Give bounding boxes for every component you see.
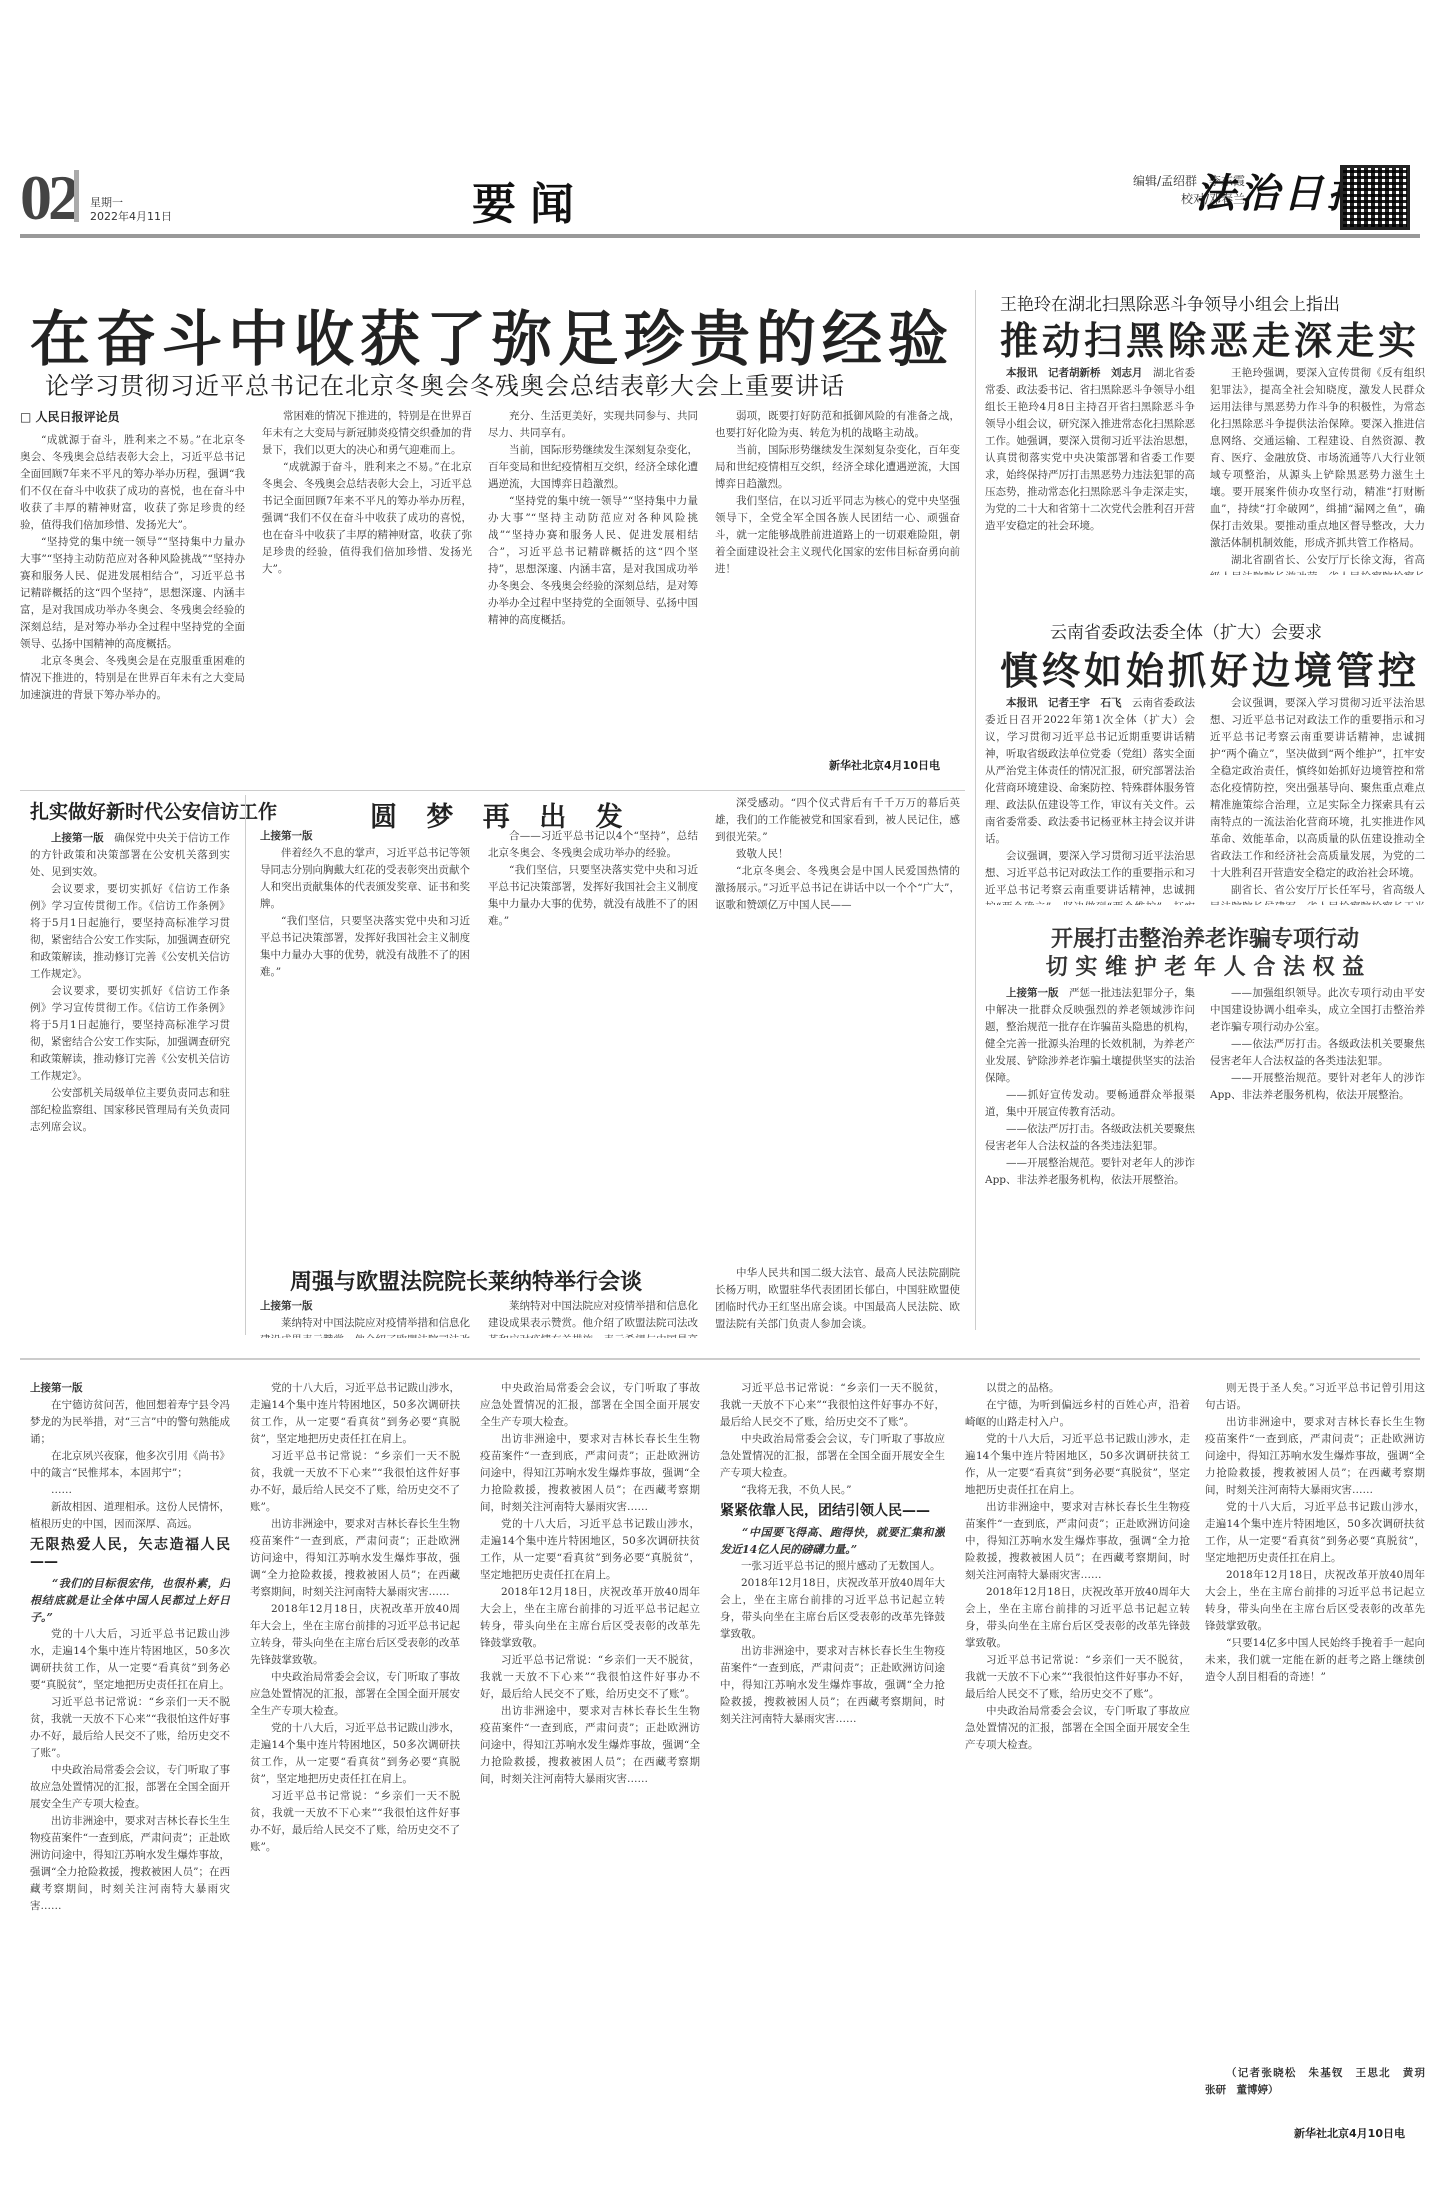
yunnan-col-1: 本报讯 记者王宇 石飞 云南省委政法委近日召开2022年第1次全体（扩大）会议，… xyxy=(985,695,1195,905)
lower-dateline: 新华社北京4月10日电 xyxy=(1205,2125,1425,2141)
lead-dateline: 新华社北京4月10日电 xyxy=(715,757,960,773)
yanglao-col-1: 上接第一版 严惩一批违法犯罪分子，集中解决一批群众反映强烈的养老领域涉诈问题，整… xyxy=(985,985,1195,1330)
zhouqiang-col-1: 上接第一版 莱纳特对中国法院应对疫情举措和信息化建设成果表示赞赏。他介绍了欧盟法… xyxy=(260,1298,470,1338)
zhouqiang-col-2: 莱纳特对中国法院应对疫情举措和信息化建设成果表示赞赏。他介绍了欧盟法院司法改革和… xyxy=(488,1298,698,1338)
yunnan-col-2: 会议强调，要深入学习贯彻习近平法治思想、习近平总书记对政法工作的重要指示和习近平… xyxy=(1210,695,1425,905)
section-rule xyxy=(20,1358,1420,1360)
yunnan-headline: 慎终如始抓好边境管控 xyxy=(1000,640,1420,695)
lead-byline: □ 人民日报评论员 xyxy=(20,408,120,425)
lower-reporters: （记者张晓松 朱基钗 王思北 黄玥 张研 董博婷） xyxy=(1205,2065,1425,2105)
lead-col-3: 充分、生活更美好，实现共同参与、共同尽力、共同享有。 当前，国际形势继续发生深刻… xyxy=(488,408,698,772)
lower-col-2: 党的十八大后，习近平总书记跋山涉水，走遍14个集中连片特困地区，50多次调研扶贫… xyxy=(250,1380,460,2170)
weekday: 星期一 xyxy=(90,196,172,210)
qr-code-icon[interactable] xyxy=(1340,165,1410,230)
masthead-date: 星期一 2022年4月11日 xyxy=(90,196,172,224)
yuanmeng-col-3: 深受感动。“四个仪式背后有千千万万的幕后英雄，我们的工作能被党和国家看到，被人民… xyxy=(715,795,960,1243)
lead-col-4: 弱项，既要打好防范和抵御风险的有准备之战，也要打好化险为夷、转危为机的战略主动战… xyxy=(715,408,960,748)
section-head-rely-on-people: 紧紧依靠人民，团结引领人民—— xyxy=(720,1503,945,1520)
yanglao-headline: 开展打击整治养老诈骗专项行动 切 实 维 护 老 年 人 合 法 权 益 xyxy=(985,925,1425,981)
column-divider xyxy=(975,290,976,1330)
lower-col-6: 则无畏于圣人矣。”习近平总书记曾引用这句古语。 出访非洲途中，要求对吉林长春长生… xyxy=(1205,1380,1425,2060)
hubei-col-1: 本报讯 记者胡新桥 刘志月 湖北省委常委、政法委书记、省扫黑除恶斗争领导小组组长… xyxy=(985,365,1195,575)
section-divider xyxy=(20,790,965,791)
masthead-rule xyxy=(20,234,1420,238)
lower-col-5: 以贯之的品格。 在宁德，为听到偏远乡村的百姓心声，沿着崎岖的山路走村入户。 党的… xyxy=(965,1380,1190,2170)
hubei-headline: 推动扫黑除恶走深走实 xyxy=(1000,310,1420,365)
lead-col-2: 常困难的情况下推进的，特别是在世界百年未有之大变局与新冠肺炎疫情交织叠加的背景下… xyxy=(262,408,472,772)
xinfang-headline: 扎实做好新时代公安信访工作 xyxy=(30,797,277,824)
yuanmeng-col-1: 上接第一版 伴着经久不息的掌声，习近平总书记等领导同志分别向胸戴大红花的受表彰突… xyxy=(260,828,470,1243)
page-number: 02 xyxy=(20,168,76,228)
xinfang-col: 上接第一版 确保党中央关于信访工作的方针政策和决策部署在公安机关落到实处、见到实… xyxy=(30,830,230,1330)
hubei-col-2: 王艳玲强调，要深入宣传贯彻《反有组织犯罪法》，提高全社会知晓度，激发人民群众运用… xyxy=(1210,365,1425,575)
lower-col-1: 上接第一版 在宁德访贫问苦，他回想着寿宁县令冯梦龙的为民举措，对“三言”中的警句… xyxy=(30,1380,230,2170)
masthead-divider xyxy=(74,170,79,222)
lower-col-4: 习近平总书记常说：“乡亲们一天不脱贫，我就一天放不下心来”“我很怕这件好事办不好… xyxy=(720,1380,945,2170)
section-head-love-people: 无限热爱人民，矢志造福人民—— xyxy=(30,1537,230,1571)
lower-col-3: 中央政治局常委会会议，专门听取了事故应急处置情况的汇报，部署在全国全面开展安全生… xyxy=(480,1380,700,2170)
issue-date: 2022年4月11日 xyxy=(90,210,172,224)
zhouqiang-col-3: 中华人民共和国二级大法官、最高人民法院副院长杨万明，欧盟驻华代表团团长郁白，中国… xyxy=(715,1265,960,1340)
yanglao-col-2: ——加强组织领导。此次专项行动由平安中国建设协调小组牵头，成立全国打击整治养老诈… xyxy=(1210,985,1425,1330)
yuanmeng-col-2: 合——习近平总书记以4个“坚持”，总结北京冬奥会、冬残奥会成功举办的经验。 “我… xyxy=(488,828,698,1243)
column-divider xyxy=(245,795,246,1335)
lead-subheadline: 论学习贯彻习近平总书记在北京冬奥会冬残奥会总结表彰大会上重要讲话 xyxy=(45,366,845,401)
lead-col-1: “成就源于奋斗，胜利来之不易。”在北京冬奥会、冬残奥会总结表彰大会上，习近平总书… xyxy=(20,432,245,772)
section-title: 要闻 xyxy=(472,168,588,232)
zhouqiang-headline: 周强与欧盟法院院长莱纳特举行会谈 xyxy=(290,1265,642,1296)
